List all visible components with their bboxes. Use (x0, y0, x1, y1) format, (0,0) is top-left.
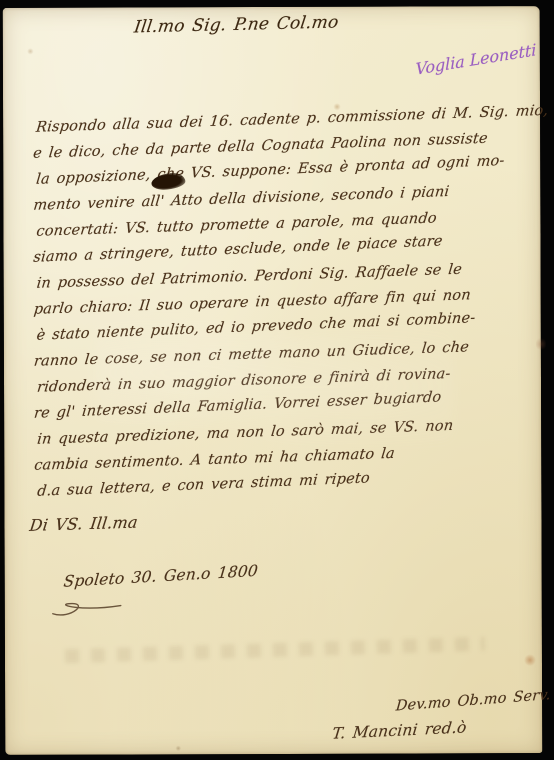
letter-valediction: Dev.mo Ob.mo Serv. (395, 687, 551, 715)
letter-dateline: Spoleto 30. Gen.o 1800 (63, 562, 259, 591)
foxing-stain (523, 654, 537, 666)
letter-salutation: Ill.mo Sig. P.ne Col.mo (133, 12, 340, 37)
signature-line: T. Mancini red.ò (331, 718, 467, 742)
ink-bleedthrough (65, 637, 485, 663)
letter-body: Rispondo alla sua dei 16. cadente p. com… (31, 118, 535, 510)
archival-note-purple: Voglia Leonetti (415, 40, 536, 79)
foxing-stain (27, 48, 34, 55)
foxing-stain (175, 745, 181, 751)
scanned-letter: Ill.mo Sig. P.ne Col.mo Voglia Leonetti … (0, 0, 554, 760)
pen-flourish (51, 595, 171, 617)
letter-paper: Ill.mo Sig. P.ne Col.mo Voglia Leonetti … (3, 6, 543, 755)
letter-closing: Di VS. Ill.ma (29, 513, 140, 535)
